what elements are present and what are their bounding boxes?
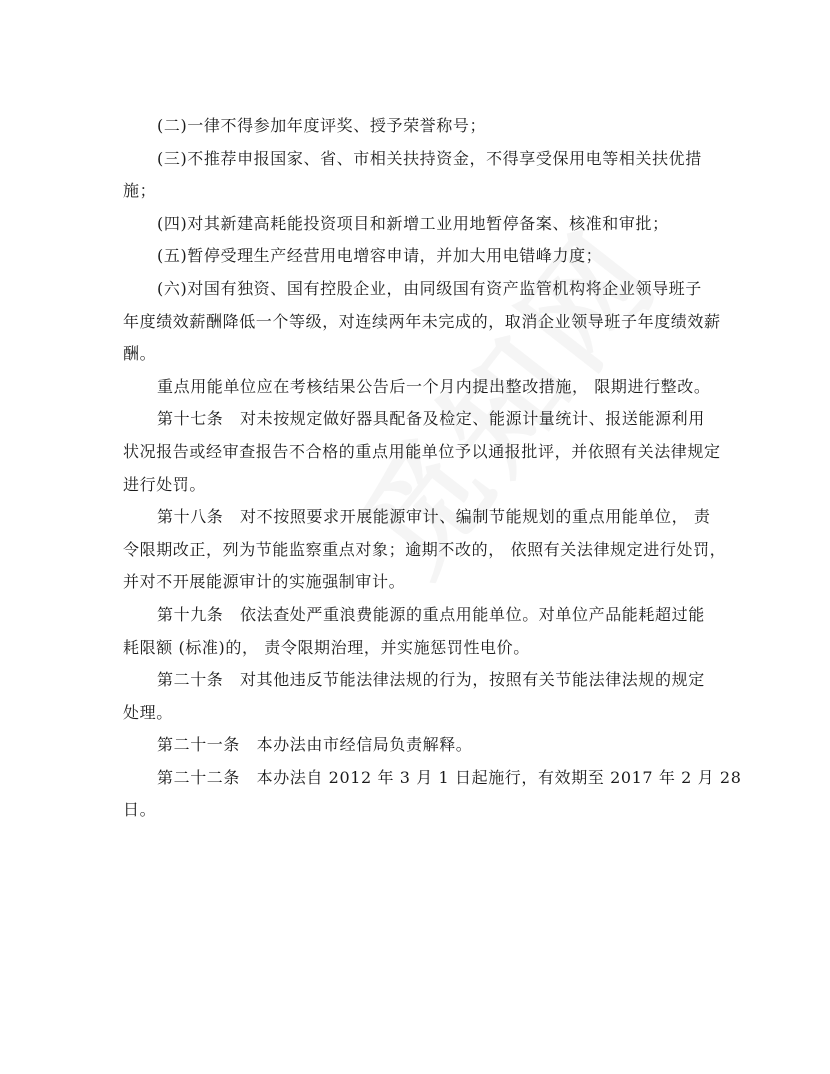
paragraph-article-18: 第十八条 对不按照要求开展能源审计、编制节能规划的重点用能单位， 责 令限期改正…	[123, 501, 713, 599]
paragraph-article-21: 第二十一条 本办法由市经信局负责解释。	[123, 729, 713, 762]
paragraph-item-6: (六)对国有独资、国有控股企业，由同级国有资产监管机构将企业领导班子 年度绩效薪…	[123, 273, 713, 371]
text-line: 年度绩效薪酬降低一个等级，对连续两年未完成的，取消企业领导班子年度绩效薪	[123, 306, 713, 339]
text-line: 第十八条 对不按照要求开展能源审计、编制节能规划的重点用能单位， 责	[123, 501, 713, 534]
paragraph-item-3: (三)不推荐申报国家、省、市相关扶持资金，不得享受保用电等相关扶优措 施；	[123, 143, 713, 208]
paragraph-item-2: (二)一律不得参加年度评奖、授予荣誉称号；	[123, 110, 713, 143]
text-line: 第二十一条 本办法由市经信局负责解释。	[123, 729, 713, 762]
text-line: (五)暂停受理生产经营用电增容申请，并加大用电错峰力度；	[123, 240, 713, 273]
text-line: (六)对国有独资、国有控股企业，由同级国有资产监管机构将企业领导班子	[123, 273, 713, 306]
paragraph-article-17: 第十七条 对未按规定做好器具配备及检定、能源计量统计、报送能源利用 状况报告或经…	[123, 403, 713, 501]
text-line: 酬。	[123, 338, 713, 371]
paragraph-rectification: 重点用能单位应在考核结果公告后一个月内提出整改措施， 限期进行整改。	[123, 371, 713, 404]
text-line: 第二十条 对其他违反节能法律法规的行为，按照有关节能法律法规的规定	[123, 664, 713, 697]
text-line: 施；	[123, 175, 713, 208]
text-line: 第十九条 依法查处严重浪费能源的重点用能单位。对单位产品能耗超过能	[123, 599, 713, 632]
text-line: 耗限额 (标准)的， 责令限期治理，并实施惩罚性电价。	[123, 632, 713, 665]
text-line: 令限期改正，列为节能监察重点对象；逾期不改的， 依照有关法律规定进行处罚，	[123, 534, 713, 567]
text-line: 进行处罚。	[123, 469, 713, 502]
text-line: (三)不推荐申报国家、省、市相关扶持资金，不得享受保用电等相关扶优措	[123, 143, 713, 176]
paragraph-article-20: 第二十条 对其他违反节能法律法规的行为，按照有关节能法律法规的规定 处理。	[123, 664, 713, 729]
text-line: 重点用能单位应在考核结果公告后一个月内提出整改措施， 限期进行整改。	[123, 371, 713, 404]
document-body: (二)一律不得参加年度评奖、授予荣誉称号； (三)不推荐申报国家、省、市相关扶持…	[123, 110, 713, 827]
text-line: (二)一律不得参加年度评奖、授予荣誉称号；	[123, 110, 713, 143]
paragraph-item-5: (五)暂停受理生产经营用电增容申请，并加大用电错峰力度；	[123, 240, 713, 273]
paragraph-article-22: 第二十二条 本办法自 2012 年 3 月 1 日起施行，有效期至 2017 年…	[123, 762, 713, 827]
document-page: 觅知网 (二)一律不得参加年度评奖、授予荣誉称号； (三)不推荐申报国家、省、市…	[0, 0, 830, 1074]
text-line: (四)对其新建高耗能投资项目和新增工业用地暂停备案、核准和审批；	[123, 208, 713, 241]
text-line: 状况报告或经审查报告不合格的重点用能单位予以通报批评，并依照有关法律规定	[123, 436, 713, 469]
text-line: 第十七条 对未按规定做好器具配备及检定、能源计量统计、报送能源利用	[123, 403, 713, 436]
text-line: 处理。	[123, 697, 713, 730]
text-line: 日。	[123, 794, 713, 827]
paragraph-item-4: (四)对其新建高耗能投资项目和新增工业用地暂停备案、核准和审批；	[123, 208, 713, 241]
text-line: 并对不开展能源审计的实施强制审计。	[123, 566, 713, 599]
paragraph-article-19: 第十九条 依法查处严重浪费能源的重点用能单位。对单位产品能耗超过能 耗限额 (标…	[123, 599, 713, 664]
text-line: 第二十二条 本办法自 2012 年 3 月 1 日起施行，有效期至 2017 年…	[123, 762, 713, 795]
